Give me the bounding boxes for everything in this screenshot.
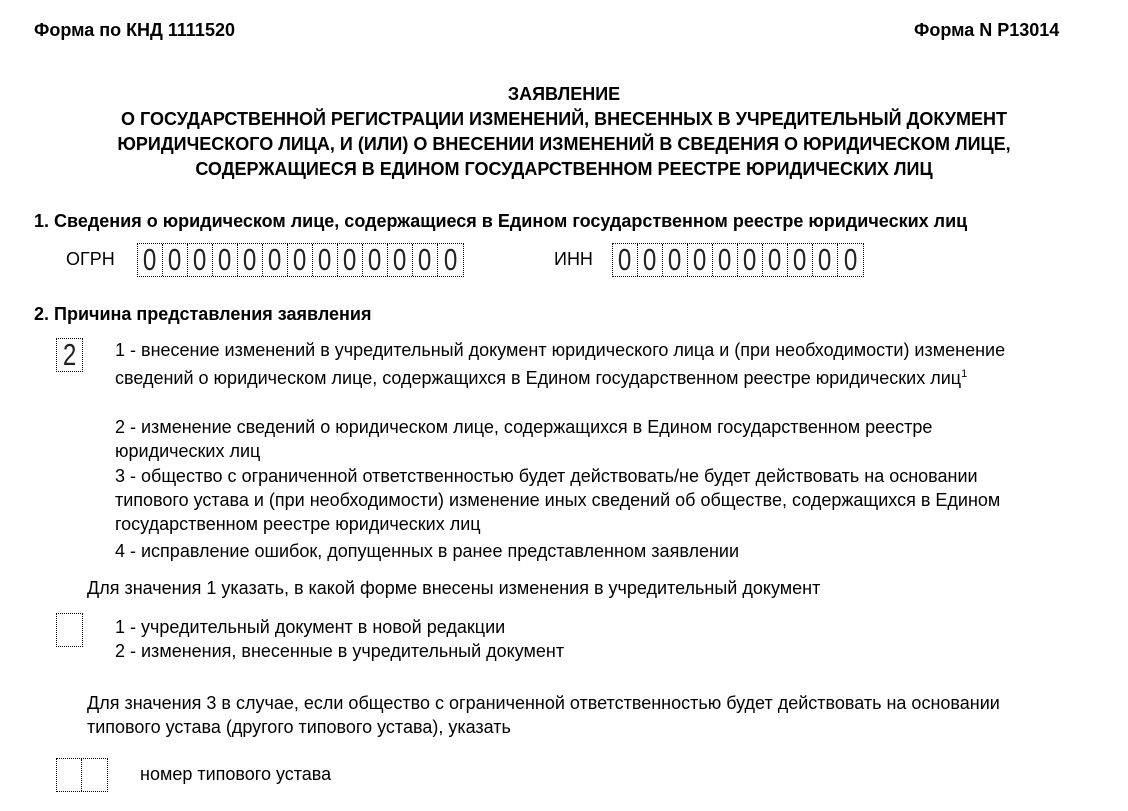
reason-field[interactable]: 2 xyxy=(56,338,83,372)
inn-digit-cell[interactable]: 0 xyxy=(788,244,813,276)
value1-prompt: Для значения 1 указать, в какой форме вн… xyxy=(87,576,820,600)
footnote-marker: 1 xyxy=(961,368,967,380)
ogrn-digit-cell[interactable]: 0 xyxy=(163,244,188,276)
inn-label: ИНН xyxy=(554,249,593,270)
ogrn-digit-cell[interactable]: 0 xyxy=(388,244,413,276)
reason-option-1: 1 - внесение изменений в учредительный д… xyxy=(115,338,1005,390)
value1-option: 1 - учредительный документ в новой редак… xyxy=(115,615,564,639)
option-text: 3 - общество с ограниченной ответственно… xyxy=(115,464,1000,488)
ogrn-digit-cell[interactable]: 0 xyxy=(413,244,438,276)
ogrn-digit-cell[interactable]: 0 xyxy=(363,244,388,276)
option-text: 1 - внесение изменений в учредительный д… xyxy=(115,338,1005,362)
ogrn-field[interactable]: 0000000000000 xyxy=(137,243,464,277)
option-text: типового устава и (при необходимости) из… xyxy=(115,488,1000,512)
inn-digit-cell[interactable]: 0 xyxy=(813,244,838,276)
inn-field[interactable]: 0000000000 xyxy=(612,243,864,277)
charter-number-field[interactable] xyxy=(56,758,108,792)
ogrn-digit-cell[interactable]: 0 xyxy=(138,244,163,276)
reason-option-3: 3 - общество с ограниченной ответственно… xyxy=(115,464,1000,536)
prompt-line: Для значения 3 в случае, если общество с… xyxy=(87,691,1000,715)
reason-option-2: 2 - изменение сведений о юридическом лиц… xyxy=(115,415,932,463)
document-title: ЗАЯВЛЕНИЕ О ГОСУДАРСТВЕННОЙ РЕГИСТРАЦИИ … xyxy=(0,82,1128,182)
inn-digit-cell[interactable]: 0 xyxy=(688,244,713,276)
inn-digit-cell[interactable]: 0 xyxy=(663,244,688,276)
section2-title: 2. Причина представления заявления xyxy=(34,304,372,325)
option-text: 2 - изменение сведений о юридическом лиц… xyxy=(115,415,932,439)
form-number-right: Форма N Р13014 xyxy=(914,20,1059,41)
ogrn-digit-cell[interactable]: 0 xyxy=(188,244,213,276)
charter-number-cell[interactable] xyxy=(82,759,107,791)
title-line: ЮРИДИЧЕСКОГО ЛИЦА, И (ИЛИ) О ВНЕСЕНИИ ИЗ… xyxy=(0,132,1128,157)
inn-digit-cell[interactable]: 0 xyxy=(613,244,638,276)
ogrn-digit-cell[interactable]: 0 xyxy=(213,244,238,276)
title-line: СОДЕРЖАЩИЕСЯ В ЕДИНОМ ГОСУДАРСТВЕННОМ РЕ… xyxy=(0,157,1128,182)
section1-title: 1. Сведения о юридическом лице, содержащ… xyxy=(34,211,967,232)
ogrn-digit-cell[interactable]: 0 xyxy=(263,244,288,276)
reason-cell[interactable]: 2 xyxy=(57,339,82,371)
ogrn-digit-cell[interactable]: 0 xyxy=(438,244,463,276)
ogrn-label: ОГРН xyxy=(66,249,115,270)
title-line: О ГОСУДАРСТВЕННОЙ РЕГИСТРАЦИИ ИЗМЕНЕНИЙ,… xyxy=(0,107,1128,132)
ogrn-digit-cell[interactable]: 0 xyxy=(313,244,338,276)
option-text: юридических лиц xyxy=(115,439,932,463)
ogrn-digit-cell[interactable]: 0 xyxy=(338,244,363,276)
inn-digit-cell[interactable]: 0 xyxy=(638,244,663,276)
reason-option-4: 4 - исправление ошибок, допущенных в ран… xyxy=(115,539,739,563)
charter-number-label: номер типового устава xyxy=(140,762,331,786)
value1-option: 2 - изменения, внесенные в учредительный… xyxy=(115,639,564,663)
value3-prompt: Для значения 3 в случае, если общество с… xyxy=(87,691,1000,739)
prompt-line: типового устава (другого типового устава… xyxy=(87,715,1000,739)
value1-field[interactable] xyxy=(56,613,83,647)
value1-cell[interactable] xyxy=(57,614,82,646)
charter-number-cell[interactable] xyxy=(57,759,82,791)
title-line: ЗАЯВЛЕНИЕ xyxy=(0,82,1128,107)
inn-digit-cell[interactable]: 0 xyxy=(713,244,738,276)
option-text: сведений о юридическом лице, содержащихс… xyxy=(115,368,961,388)
option-text: государственном реестре юридических лиц xyxy=(115,512,1000,536)
inn-digit-cell[interactable]: 0 xyxy=(838,244,863,276)
form-code-left: Форма по КНД 1111520 xyxy=(34,20,235,41)
option-text: 4 - исправление ошибок, допущенных в ран… xyxy=(115,539,739,563)
ogrn-digit-cell[interactable]: 0 xyxy=(238,244,263,276)
ogrn-digit-cell[interactable]: 0 xyxy=(288,244,313,276)
inn-digit-cell[interactable]: 0 xyxy=(738,244,763,276)
value1-options: 1 - учредительный документ в новой редак… xyxy=(115,615,564,663)
inn-digit-cell[interactable]: 0 xyxy=(763,244,788,276)
